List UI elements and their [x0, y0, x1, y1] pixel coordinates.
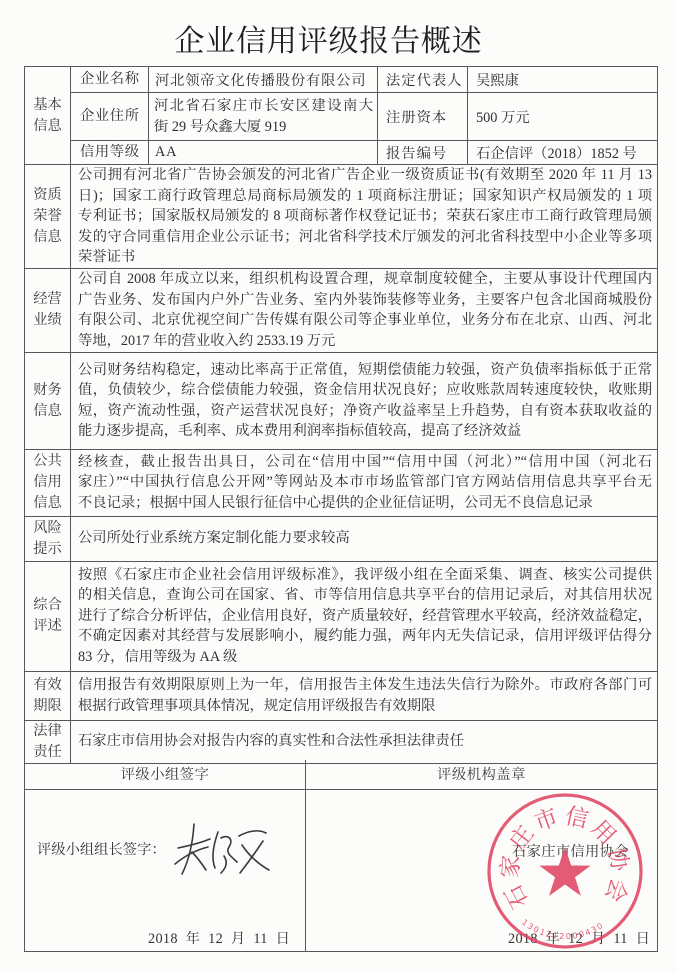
legal-rep-value: 吴熙康: [468, 67, 658, 93]
label-line: 信用: [25, 472, 70, 493]
text-line: 等地，2017 年的营业收入约 2533.19 万元: [78, 331, 652, 352]
report-number-value: 石企信评（2018）1852 号: [468, 141, 658, 165]
label-line: 评述: [25, 616, 70, 637]
text-line: 公司财务结构稳定，速动比率高于正常值，短期偿债能力较强，资产负债率指标低于正常: [78, 360, 652, 381]
seal-code-text: 1301212000430: [520, 918, 604, 941]
section-label-qualification: 资质 荣誉 信息: [25, 165, 71, 269]
text-line: 能力逐步提高，毛利率、成本费用利润率指标值较高，提高了经济效益: [78, 421, 652, 442]
section-label-basic-info: 基本 信息: [25, 67, 71, 165]
leader-signature-label: 评级小组组长签字：: [37, 839, 166, 859]
text-line: 公司拥有河北省广告协会颁发的河北省广告企业一级资质证书(有效期至 2020 年 …: [78, 165, 652, 186]
section-content-assessment: 按照《石家庄市企业社会信用评级标准》，我评级小组在全面采集、调查、核实公司提供 …: [71, 561, 658, 671]
page-title: 企业信用评级报告概述: [0, 24, 657, 60]
text-line: 短，资产流动性强，资产运营状况良好；净资产收益率呈上升趋势，自有资本获取收益的: [78, 401, 652, 422]
section-content-public-credit: 经核查，截止报告出具日，公司在“信用中国”“信用中国（河北）”“信用中国（河北石…: [71, 449, 658, 516]
report-page: 企业信用评级报告概述 基本 信息 企业名称 河北领帝文化传播股份有限公司 法定代…: [0, 0, 677, 973]
label-line: 信息: [25, 116, 70, 137]
address-line: 河北省石家庄市长安区建设南大: [154, 96, 373, 117]
section-row-financial: 财务 信息 公司财务结构稳定，速动比率高于正常值，短期偿债能力较强，资产负债率指…: [25, 352, 658, 449]
report-summary-table: 基本 信息 企业名称 河北领帝文化传播股份有限公司 法定代表人 吴熙康 企业住所…: [24, 66, 658, 764]
text-line: 有限公司、北京优视空间广告传媒有限公司等企事业单位，业务分布在北京、山西、河北: [78, 310, 652, 331]
label-line: 提示: [25, 539, 70, 560]
section-row-assessment: 综合 评述 按照《石家庄市企业社会信用评级标准》，我评级小组在全面采集、调查、核…: [25, 561, 658, 671]
agency-seal-header: 评级机构盖章: [306, 760, 658, 789]
text-line: 根据行政管理事项具体情况，规定信用评级报告有效期限: [78, 696, 652, 717]
official-seal-stamp: 石家庄市信用协会 1301212000430: [483, 789, 647, 953]
credit-grade-value: AA: [149, 141, 378, 165]
seal-code-text-path: 1301212000430: [520, 918, 604, 941]
label-line: 风险: [25, 518, 70, 539]
text-line: 经核查，截止报告出具日，公司在“信用中国”“信用中国（河北）”“信用中国（河北石: [78, 452, 652, 473]
label-line: 公共: [25, 451, 70, 472]
label-line: 业绩: [25, 310, 70, 331]
company-name-label: 企业名称: [71, 67, 149, 93]
label-line: 有效: [25, 675, 70, 696]
text-line: 信用报告有效期限原则上为一年，信用报告主体发生违法失信行为除外。市政府各部门可: [78, 675, 652, 696]
address-label: 企业住所: [71, 93, 149, 141]
section-content-business: 公司自 2008 年成立以来，组织机构设置合理，规章制度较健全，主要从事设计代理…: [71, 268, 658, 352]
section-row-public-credit: 公共 信用 信息 经核查，截止报告出具日，公司在“信用中国”“信用中国（河北）”…: [25, 449, 658, 516]
basic-info-row-address: 企业住所 河北省石家庄市长安区建设南大 街 29 号众鑫大厦 919 注册资本 …: [25, 93, 658, 141]
star-icon: [539, 847, 590, 896]
section-label-legal: 法律 责任: [25, 720, 71, 763]
section-label-risk: 风险 提示: [25, 516, 71, 561]
report-number-label: 报告编号: [378, 141, 468, 165]
signoff-header-row: 评级小组签字 评级机构盖章: [25, 760, 658, 789]
label-line: 资质: [25, 185, 70, 206]
legal-rep-label: 法定代表人: [378, 67, 468, 93]
team-signature-header: 评级小组签字: [25, 760, 306, 789]
label-line: 经营: [25, 289, 70, 310]
text-line: 公司所处行业系统方案定制化能力要求较高: [78, 528, 652, 549]
text-line: 广告业务、发布国内户外广告业务、室内外装饰装修等业务，主要客户包含北国商城股份: [78, 290, 652, 311]
basic-info-row-company: 基本 信息 企业名称 河北领帝文化传播股份有限公司 法定代表人 吴熙康: [25, 67, 658, 93]
label-line: 信息: [25, 227, 70, 248]
section-content-validity: 信用报告有效期限原则上为一年，信用报告主体发生违法失信行为除外。市政府各部门可 …: [71, 671, 658, 720]
team-sign-date: 2018 年 12 月 11 日: [148, 928, 290, 948]
text-line: 专利证书；国家版权局颁发的 8 项商标著作权登记证书；荣获石家庄市工商行政管理局…: [78, 206, 652, 227]
company-name-value: 河北领帝文化传播股份有限公司: [149, 67, 378, 93]
text-line: 的相关信息，查询公司在国家、省、市等信用信息共享平台的信用记录后，对其信用状况: [78, 585, 652, 606]
label-line: 法律: [25, 721, 70, 742]
section-content-risk: 公司所处行业系统方案定制化能力要求较高: [71, 516, 658, 561]
handwritten-signature: [172, 818, 272, 880]
section-label-financial: 财务 信息: [25, 352, 71, 449]
section-row-legal: 法律 责任 石家庄市信用协会对报告内容的真实性和合法性承担法律责任: [25, 720, 658, 763]
label-line: 信息: [25, 401, 70, 422]
label-line: 荣誉: [25, 206, 70, 227]
text-line: 石家庄市信用协会对报告内容的真实性和合法性承担法律责任: [78, 731, 652, 752]
address-line: 街 29 号众鑫大厦 919: [154, 117, 373, 138]
text-line: 值，负债较少，综合偿债能力较强，资金信用状况良好；应收账款周转速度较快，收账期: [78, 380, 652, 401]
section-content-financial: 公司财务结构稳定，速动比率高于正常值，短期偿债能力较强，资产负债率指标低于正常 …: [71, 352, 658, 449]
label-line: 综合: [25, 595, 70, 616]
section-row-qualification: 资质 荣誉 信息 公司拥有河北省广告协会颁发的河北省广告企业一级资质证书(有效期…: [25, 165, 658, 269]
text-line: 按照《石家庄市企业社会信用评级标准》，我评级小组在全面采集、调查、核实公司提供: [78, 565, 652, 586]
section-row-business: 经营 业绩 公司自 2008 年成立以来，组织机构设置合理，规章制度较健全，主要…: [25, 268, 658, 352]
text-line: 不良记录；根据中国人民银行征信中心提供的企业征信证明，公司无不良信息记录: [78, 493, 652, 514]
section-label-assessment: 综合 评述: [25, 561, 71, 671]
section-content-legal: 石家庄市信用协会对报告内容的真实性和合法性承担法律责任: [71, 720, 658, 763]
registered-capital-label: 注册资本: [378, 93, 468, 141]
text-line: 荣誉证书: [78, 247, 652, 268]
text-line: 日)；国家工商行政管理总局商标局颁发的 1 项商标注册证；国家知识产权局颁发的 …: [78, 186, 652, 207]
section-row-validity: 有效 期限 信用报告有效期限原则上为一年，信用报告主体发生违法失信行为除外。市政…: [25, 671, 658, 720]
section-label-validity: 有效 期限: [25, 671, 71, 720]
label-line: 期限: [25, 696, 70, 717]
registered-capital-value: 500 万元: [468, 93, 658, 141]
section-row-risk: 风险 提示 公司所处行业系统方案定制化能力要求较高: [25, 516, 658, 561]
address-value: 河北省石家庄市长安区建设南大 街 29 号众鑫大厦 919: [149, 93, 378, 141]
text-line: 发的守合同重信用企业公示证书；河北省科学技术厅颁发的河北省科技型中小企业等多项: [78, 227, 652, 248]
text-line: 不确定因素对其经营与发展影响小，履约能力强，两年内无失信记录，信用评级评估得分: [78, 626, 652, 647]
text-line: 公司自 2008 年成立以来，组织机构设置合理，规章制度较健全，主要从事设计代理…: [78, 269, 652, 290]
section-label-public-credit: 公共 信用 信息: [25, 449, 71, 516]
credit-grade-label: 信用等级: [71, 141, 149, 165]
text-line: 83 分，信用等级为 AA 级: [78, 647, 652, 668]
basic-info-row-grade: 信用等级 AA 报告编号 石企信评（2018）1852 号: [25, 141, 658, 165]
section-content-qualification: 公司拥有河北省广告协会颁发的河北省广告企业一级资质证书(有效期至 2020 年 …: [71, 165, 658, 269]
section-label-business: 经营 业绩: [25, 268, 71, 352]
label-line: 信息: [25, 493, 70, 514]
label-line: 基本: [25, 95, 70, 116]
label-line: 财务: [25, 380, 70, 401]
text-line: 家庄）”“中国执行信息公开网”等网站及本市市场监管部门官方网站信用信息共享平台无: [78, 472, 652, 493]
text-line: 进行了综合分析评估，企业信用良好，资产质量较好，经营管理水平较高，经济效益稳定，: [78, 606, 652, 627]
